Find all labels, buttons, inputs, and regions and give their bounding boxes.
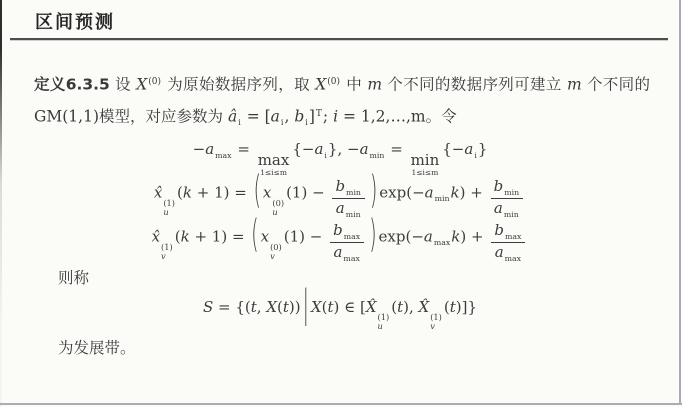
formula-development-band: S = {(t, X(t))|X(t) ∈ [X̂(1)u(t), X̂(1)v… (30, 296, 650, 331)
slide-frame: 区间预测 定义6.3.5 设 X(0) 为原始数据序列，取 X(0) 中 m 个… (0, 0, 682, 407)
bottom-edge-line (0, 403, 682, 405)
definition-paragraph: 定义6.3.5 设 X(0) 为原始数据序列，取 X(0) 中 m 个不同的数据… (34, 68, 650, 137)
then-label: 则称 (58, 266, 89, 288)
slide-body: 定义6.3.5 设 X(0) 为原始数据序列，取 X(0) 中 m 个不同的数据… (0, 44, 682, 400)
formula-upper-curve: x̂(1)u(k + 1) = (x(0)u(1) − bminamin)exp… (30, 178, 650, 220)
footer-text: 为发展带。 (58, 336, 136, 358)
formula-lower-curve: x̂(1)v(k + 1) = (x(0)v(1) − bmaxamax)exp… (30, 222, 650, 264)
slide-title: 区间预测 (35, 8, 115, 34)
title-underline (10, 38, 668, 40)
formula-amax-amin: −amax = max1≤i≤m{−ai}, −amin = min1≤i≤m{… (30, 140, 650, 177)
